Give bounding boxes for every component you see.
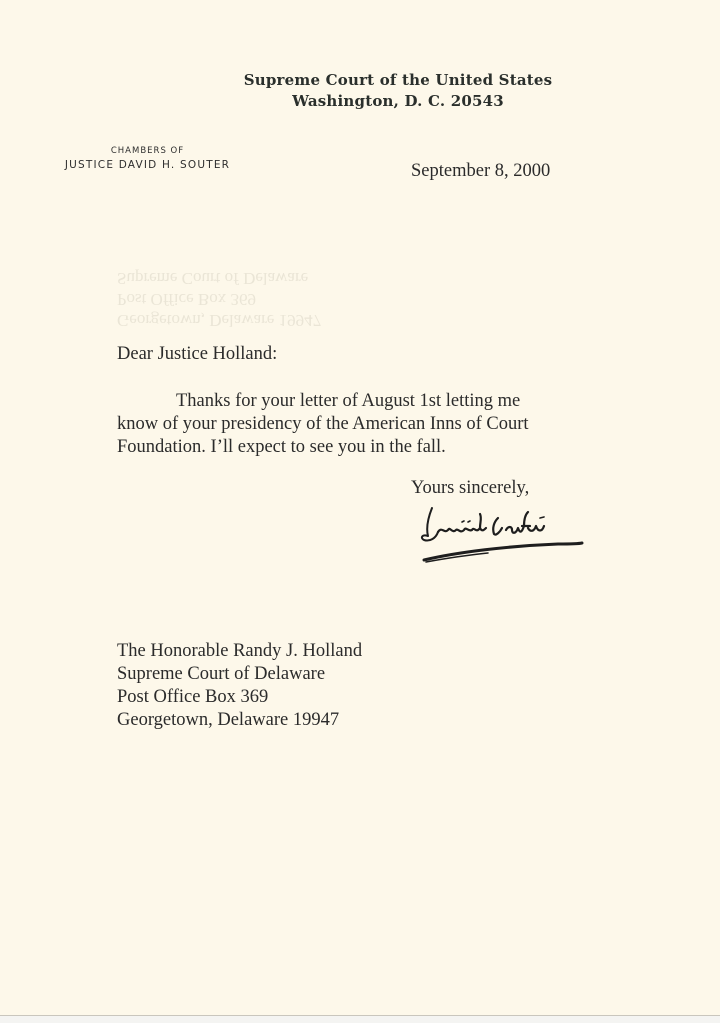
letterhead: Supreme Court of the United States Washi… bbox=[0, 70, 720, 112]
body-line: know of your presidency of the American … bbox=[117, 413, 577, 436]
salutation: Dear Justice Holland: bbox=[117, 344, 277, 365]
bleed-line: Supreme Court of Delaware bbox=[117, 268, 397, 289]
letterhead-city: Washington, D. C. 20543 bbox=[0, 91, 720, 112]
letter-date: September 8, 2000 bbox=[411, 161, 550, 182]
recipient-court: Supreme Court of Delaware bbox=[117, 663, 362, 686]
chambers-block: CHAMBERS OF JUSTICE DAVID H. SOUTER bbox=[50, 144, 245, 172]
letter-body: Thanks for your letter of August 1st let… bbox=[117, 390, 577, 459]
letterhead-court-name: Supreme Court of the United States bbox=[0, 70, 720, 91]
bleed-line: Georgetown, Delaware 19947 bbox=[117, 310, 397, 331]
body-line: Thanks for your letter of August 1st let… bbox=[117, 390, 577, 413]
letter-page: Supreme Court of the United States Washi… bbox=[0, 0, 720, 1016]
closing: Yours sincerely, bbox=[411, 478, 529, 499]
bleed-line: Post Office Box 369 bbox=[117, 289, 397, 310]
recipient-address: The Honorable Randy J. Holland Supreme C… bbox=[117, 640, 362, 732]
chambers-label: CHAMBERS OF bbox=[50, 144, 245, 158]
body-line: Foundation. I’ll expect to see you in th… bbox=[117, 436, 577, 459]
signature-icon bbox=[418, 500, 598, 580]
recipient-city: Georgetown, Delaware 19947 bbox=[117, 709, 362, 732]
recipient-name: The Honorable Randy J. Holland bbox=[117, 640, 362, 663]
bleed-through-text: Georgetown, Delaware 19947 Post Office B… bbox=[117, 268, 397, 331]
justice-name: JUSTICE DAVID H. SOUTER bbox=[50, 158, 245, 172]
recipient-po-box: Post Office Box 369 bbox=[117, 686, 362, 709]
